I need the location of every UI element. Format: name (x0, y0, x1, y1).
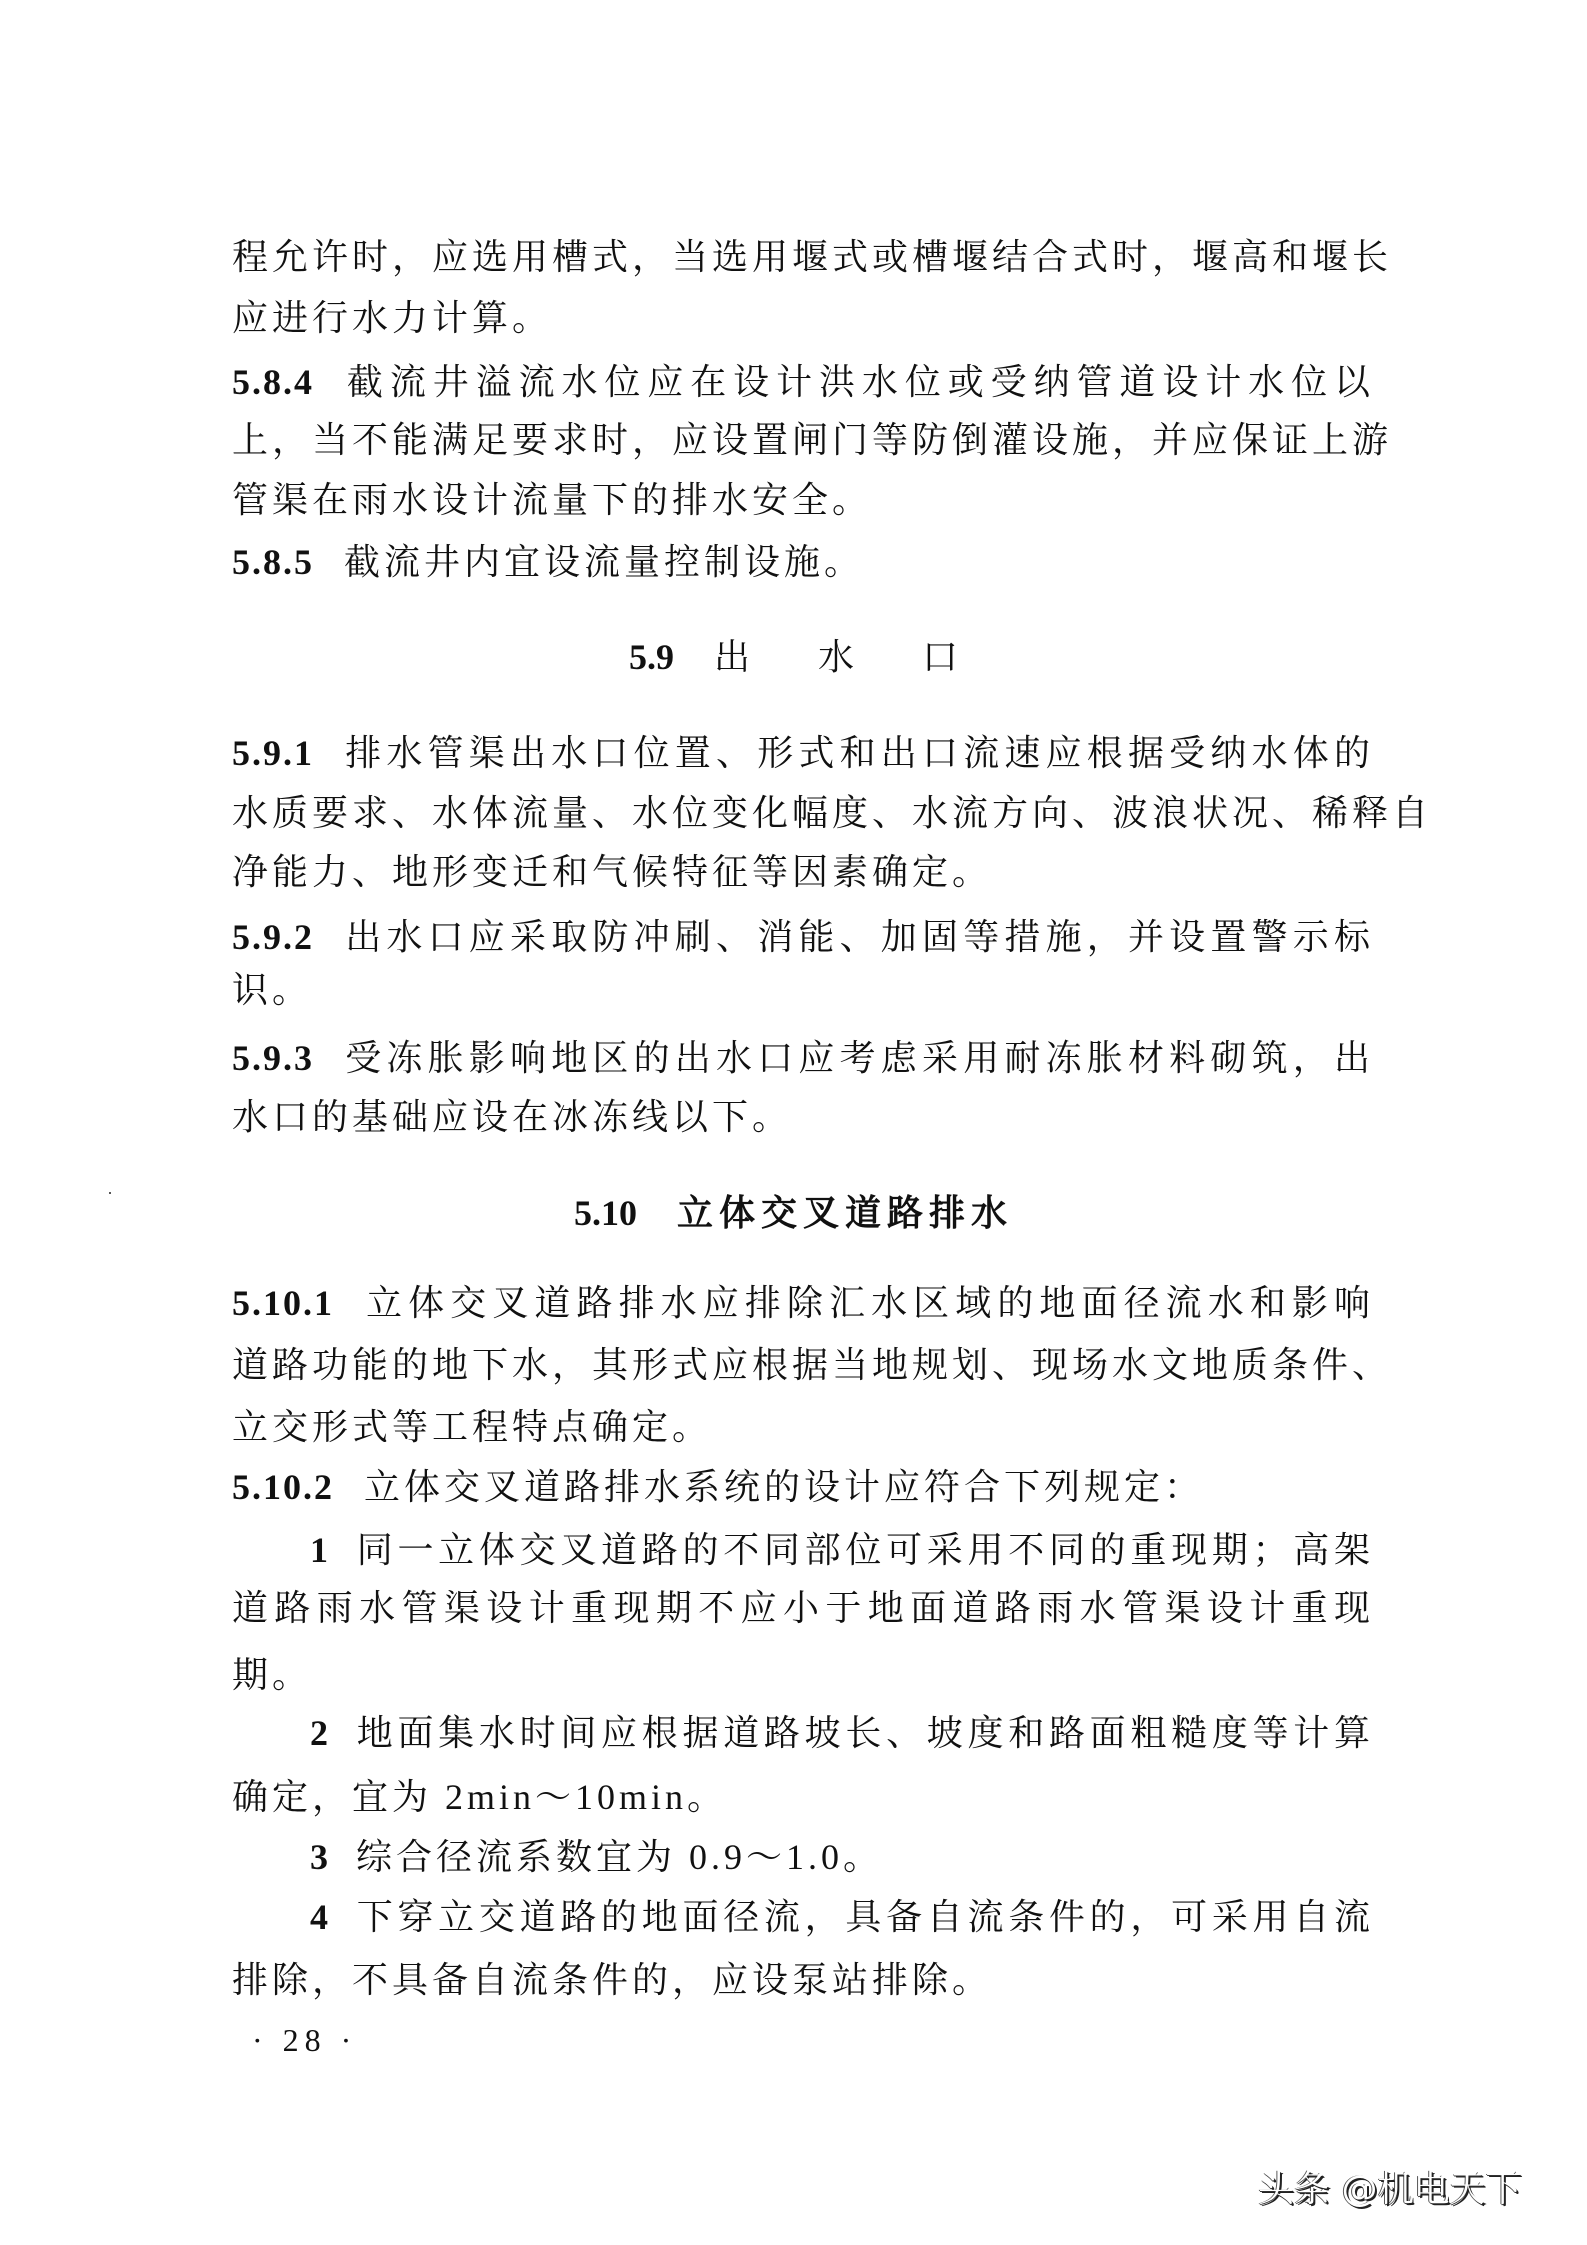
clause-number: 5.8.4 (232, 362, 314, 402)
clause-5-9-2: 5.9.2出水口应采取防冲刷、消能、加固等措施，并设置警示标 (232, 915, 1374, 959)
paragraph-line: 上，当不能满足要求时，应设置闸门等防倒灌设施，并应保证上游 (232, 418, 1374, 462)
clause-text: 受冻胀影响地区的出水口应考虑采用耐冻胀材料砌筑，出 (344, 1038, 1374, 1078)
clause-number: 5.9.3 (232, 1038, 314, 1078)
clause-text: 截流井溢流水位应在设计洪水位或受纳管道设计水位以 (344, 362, 1374, 402)
paragraph-line: 净能力、地形变迁和气候特征等因素确定。 (232, 850, 1374, 894)
item-text: 同一立体交叉道路的不同部位可采用不同的重现期；高架 (356, 1530, 1374, 1570)
item-number: 2 (310, 1713, 332, 1753)
item-text: 综合径流系数宜为 0.9～1.0。 (356, 1837, 883, 1877)
paragraph-line: 管渠在雨水设计流量下的排水安全。 (232, 478, 1374, 522)
list-item-3: 3综合径流系数宜为 0.9～1.0。 (310, 1835, 1374, 1879)
section-number: 5.10 (574, 1193, 637, 1233)
clause-5-9-3: 5.9.3受冻胀影响地区的出水口应考虑采用耐冻胀材料砌筑，出 (232, 1036, 1374, 1080)
watermark-text: 头条 @机电天下 (1258, 2166, 1521, 2214)
clause-number: 5.9.1 (232, 733, 314, 773)
section-title: 立体交叉道路排水 (677, 1193, 1013, 1234)
paragraph-line: 识。 (232, 968, 1374, 1012)
clause-text: 排水管渠出水口位置、形式和出口流速应根据受纳水体的 (344, 733, 1374, 773)
clause-5-10-1: 5.10.1立体交叉道路排水应排除汇水区域的地面径流水和影响 (232, 1281, 1374, 1325)
section-number: 5.9 (629, 637, 674, 677)
paragraph-line: 应进行水力计算。 (232, 296, 1374, 340)
clause-5-8-5: 5.8.5截流井内宜设流量控制设施。 (232, 540, 1374, 584)
paragraph-line: 期。 (232, 1653, 1374, 1697)
item-text: 地面集水时间应根据道路坡长、坡度和路面粗糙度等计算 (356, 1713, 1374, 1753)
clause-text: 截流井内宜设流量控制设施。 (344, 542, 864, 582)
paragraph-line: 排除，不具备自流条件的，应设泵站排除。 (232, 1958, 1374, 2002)
clause-text: 立体交叉道路排水应排除汇水区域的地面径流水和影响 (364, 1283, 1374, 1323)
item-text: 下穿立交道路的地面径流，具备自流条件的，可采用自流 (356, 1897, 1374, 1937)
section-heading-5-9: 5.9出水口 (0, 635, 1587, 679)
clause-5-8-4: 5.8.4截流井溢流水位应在设计洪水位或受纳管道设计水位以 (232, 360, 1374, 404)
paragraph-line: 水口的基础应设在冰冻线以下。 (232, 1095, 1374, 1139)
clause-number: 5.8.5 (232, 542, 314, 582)
paragraph-line: 确定，宜为 2min～10min。 (232, 1775, 1374, 1819)
paragraph-line: 道路功能的地下水，其形式应根据当地规划、现场水文地质条件、 (232, 1343, 1374, 1387)
clause-number: 5.9.2 (232, 917, 314, 957)
paragraph-line: 立交形式等工程特点确定。 (232, 1405, 1374, 1449)
list-item-4: 4下穿立交道路的地面径流，具备自流条件的，可采用自流 (310, 1895, 1374, 1939)
clause-number: 5.10.1 (232, 1283, 334, 1323)
clause-5-9-1: 5.9.1排水管渠出水口位置、形式和出口流速应根据受纳水体的 (232, 731, 1374, 775)
list-item-2: 2地面集水时间应根据道路坡长、坡度和路面粗糙度等计算 (310, 1711, 1374, 1755)
section-title: 出水口 (714, 637, 1026, 677)
paragraph-line: 道路雨水管渠设计重现期不应小于地面道路雨水管渠设计重现 (232, 1586, 1374, 1630)
clause-text: 出水口应采取防冲刷、消能、加固等措施，并设置警示标 (344, 917, 1374, 957)
list-item-1: 1同一立体交叉道路的不同部位可采用不同的重现期；高架 (310, 1528, 1374, 1572)
document-page: 程允许时，应选用槽式，当选用堰式或槽堰结合式时，堰高和堰长 应进行水力计算。 5… (0, 0, 1587, 2245)
clause-text: 立体交叉道路排水系统的设计应符合下列规定： (364, 1467, 1204, 1507)
page-number: · 28 · (252, 2018, 357, 2062)
paragraph-line: 程允许时，应选用槽式，当选用堰式或槽堰结合式时，堰高和堰长 (232, 235, 1374, 279)
paragraph-line: 水质要求、水体流量、水位变化幅度、水流方向、波浪状况、稀释自 (232, 791, 1374, 835)
item-number: 3 (310, 1837, 332, 1877)
clause-5-10-2: 5.10.2立体交叉道路排水系统的设计应符合下列规定： (232, 1465, 1374, 1509)
clause-number: 5.10.2 (232, 1467, 334, 1507)
item-number: 1 (310, 1530, 332, 1570)
section-heading-5-10: 5.10立体交叉道路排水 (0, 1191, 1587, 1235)
item-number: 4 (310, 1897, 332, 1937)
